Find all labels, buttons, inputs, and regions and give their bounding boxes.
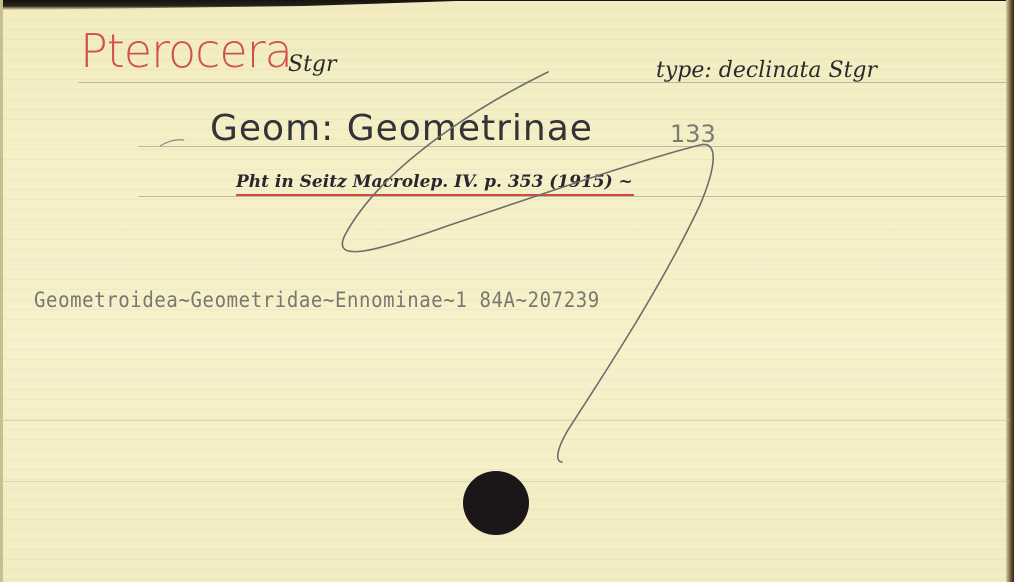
- typed-classification: Geometroidea~Geometridae~Ennominae~1 84A…: [34, 288, 600, 313]
- punch-hole: [463, 471, 529, 535]
- scan-top-shadow: [0, 0, 1014, 10]
- genus-author: Stgr: [288, 52, 337, 77]
- genus-name: Pterocera: [80, 24, 292, 78]
- type-species: type: declinata Stgr: [656, 58, 877, 83]
- ruled-line-4: [0, 420, 1010, 421]
- card-right-edge: [1006, 0, 1014, 582]
- family-line: Geom: Geometrinae: [210, 108, 593, 149]
- index-card: Pterocera Stgr type: declinata Stgr Geom…: [0, 0, 1014, 582]
- card-left-edge: [0, 0, 3, 582]
- family-number: 133: [670, 120, 716, 148]
- ruled-line-3: [138, 196, 1008, 197]
- reference-red-underline: [236, 194, 634, 196]
- literature-reference: Pht in Seitz Macrolep. IV. p. 353 (1915)…: [236, 172, 633, 192]
